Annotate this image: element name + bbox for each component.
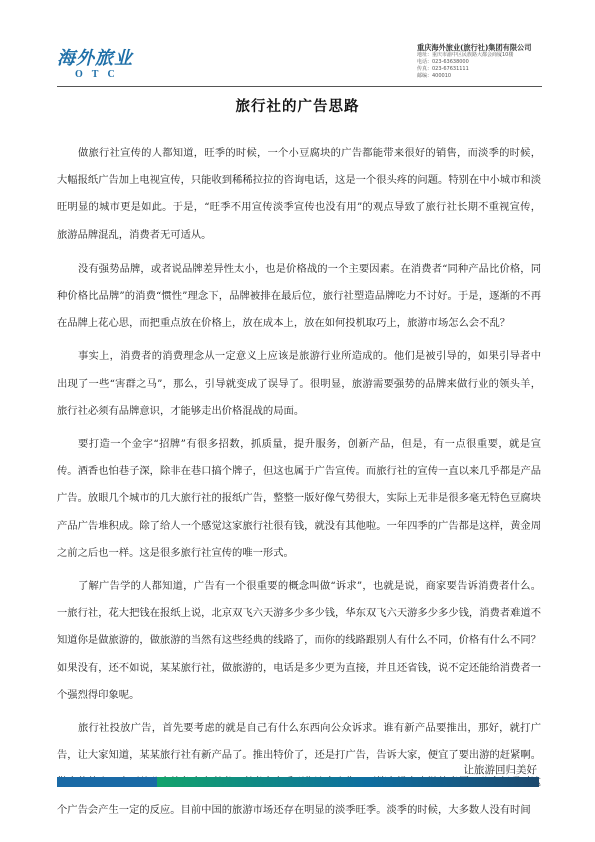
paragraph: 了解广告学的人都知道，广告有一个很重要的概念叫做“诉求”，也就是说，商家要告诉消… xyxy=(57,573,541,709)
logo-english-text: OTC xyxy=(57,69,147,81)
company-phone: 电话：023-63638000 xyxy=(417,59,557,66)
paragraph: 没有强势品牌，或者说品牌差异性太小，也是价格战的一个主要因素。在消费者“同种产品… xyxy=(57,256,541,338)
paragraph: 要打造一个金字“招牌”有很多招数，抓质量，提升服务，创新产品，但是，有一点很重要… xyxy=(57,431,541,567)
letterhead: 海外旅业 OTC 重庆海外旅业(旅行社)集团有限公司 地址：重庆市渝中区民族路大… xyxy=(57,40,543,86)
company-zip: 邮编：400010 xyxy=(417,73,557,80)
footer-color-bar xyxy=(57,777,539,787)
document-body: 做旅行社宣传的人都知道，旺季的时候，一个小豆腐块的广告都能带来很好的销售，而淡季… xyxy=(57,140,541,830)
paragraph: 做旅行社宣传的人都知道，旺季的时候，一个小豆腐块的广告都能带来很好的销售，而淡季… xyxy=(57,140,541,249)
header-divider xyxy=(57,86,542,87)
company-info: 重庆海外旅业(旅行社)集团有限公司 地址：重庆市渝中区民族路大都会商厦10楼 电… xyxy=(417,43,557,80)
otc-logo: 海外旅业 OTC xyxy=(57,49,147,85)
paragraph: 事实上，消费者的消费理念从一定意义上应该是旅游行业所造成的。他们是被引导的，如果… xyxy=(57,343,541,425)
footer-bar-gradient-segment xyxy=(157,777,539,787)
footer-slogan: 让旅游回归美好 xyxy=(464,762,538,777)
document-title: 旅行社的广告思路 xyxy=(0,95,595,116)
logo-chinese-text: 海外旅业 xyxy=(57,49,147,69)
company-fax: 传真：023-67631111 xyxy=(417,66,557,73)
company-name: 重庆海外旅业(旅行社)集团有限公司 xyxy=(417,43,557,52)
footer-bar-solid-segment xyxy=(57,777,157,787)
company-address: 地址：重庆市渝中区民族路大都会商厦10楼 xyxy=(417,52,557,59)
